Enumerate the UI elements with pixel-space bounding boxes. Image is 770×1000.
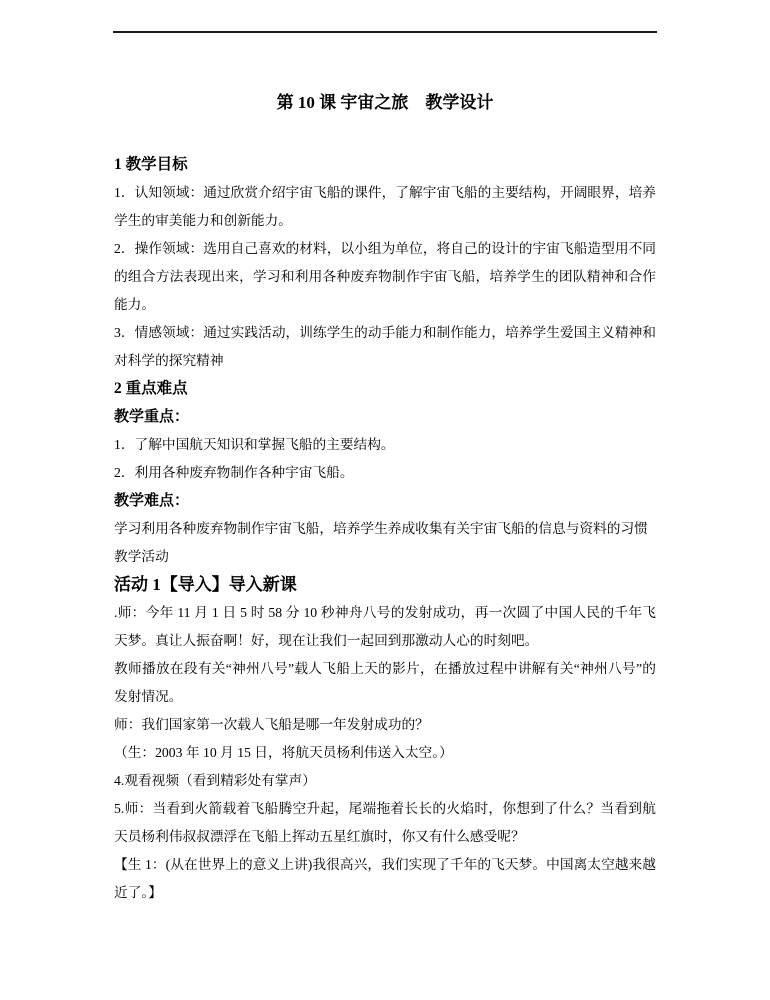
para-emotion-domain: 3．情感领域：通过实践活动，训练学生的动手能力和制作能力，培养学生爱国主义精神和…	[114, 319, 656, 375]
para-operation-domain: 2．操作领域：选用自己喜欢的材料，以小组为单位，将自己的设计的宇宙飞船造型用不同…	[114, 235, 656, 319]
label-teaching-difficulty: 教学难点：	[114, 487, 656, 515]
para-teacher-question-1: 师：我们国家第一次载人飞船是哪一年发射成功的？	[114, 711, 656, 739]
para-focus-item-1: 1．了解中国航天知识和掌握飞船的主要结构。	[114, 431, 656, 459]
document-content: 第 10 课 宇宙之旅 教学设计 1 教学目标 1．认知领域：通过欣赏介绍宇宙飞…	[114, 92, 656, 907]
para-teaching-activity: 教学活动	[114, 543, 656, 571]
para-student-1-response: 【生 1：(从在世界上的意义上讲)我很高兴，我们实现了千年的飞天梦。中国离太空越…	[114, 851, 656, 907]
heading-key-difficult-points: 2 重点难点	[114, 375, 656, 403]
heading-activity-1-intro: 活动 1【导入】导入新课	[114, 571, 656, 599]
para-watch-video: 4.观看视频（看到精彩处有掌声）	[114, 767, 656, 795]
para-focus-item-2: 2．利用各种废弃物制作各种宇宙飞船。	[114, 459, 656, 487]
heading-teaching-objectives: 1 教学目标	[114, 151, 656, 179]
para-difficulty-description: 学习利用各种废弃物制作宇宙飞船，培养学生养成收集有关宇宙飞船的信息与资料的习惯	[114, 515, 656, 543]
document-title: 第 10 课 宇宙之旅 教学设计	[114, 92, 656, 114]
header-rule	[113, 31, 657, 33]
para-teacher-plays-film: 教师播放在段有关“神州八号”载人飞船上天的影片，在播放过程中讲解有关“神州八号”…	[114, 655, 656, 711]
para-cognitive-domain: 1．认知领域：通过欣赏介绍宇宙飞船的课件，了解宇宙飞船的主要结构，开阔眼界，培养…	[114, 179, 656, 235]
para-teacher-question-2: 5.师：当看到火箭载着飞船腾空升起，尾端拖着长长的火焰时，你想到了什么？当看到航…	[114, 795, 656, 851]
label-teaching-focus: 教学重点：	[114, 403, 656, 431]
document-page: 第 10 课 宇宙之旅 教学设计 1 教学目标 1．认知领域：通过欣赏介绍宇宙飞…	[0, 0, 770, 1000]
para-teacher-opening: .师：今年 11 月 1 日 5 时 58 分 10 秒神舟八号的发射成功，再一…	[114, 599, 656, 655]
para-student-answer-1: （生：2003 年 10 月 15 日，将航天员杨利伟送入太空。）	[114, 739, 656, 767]
